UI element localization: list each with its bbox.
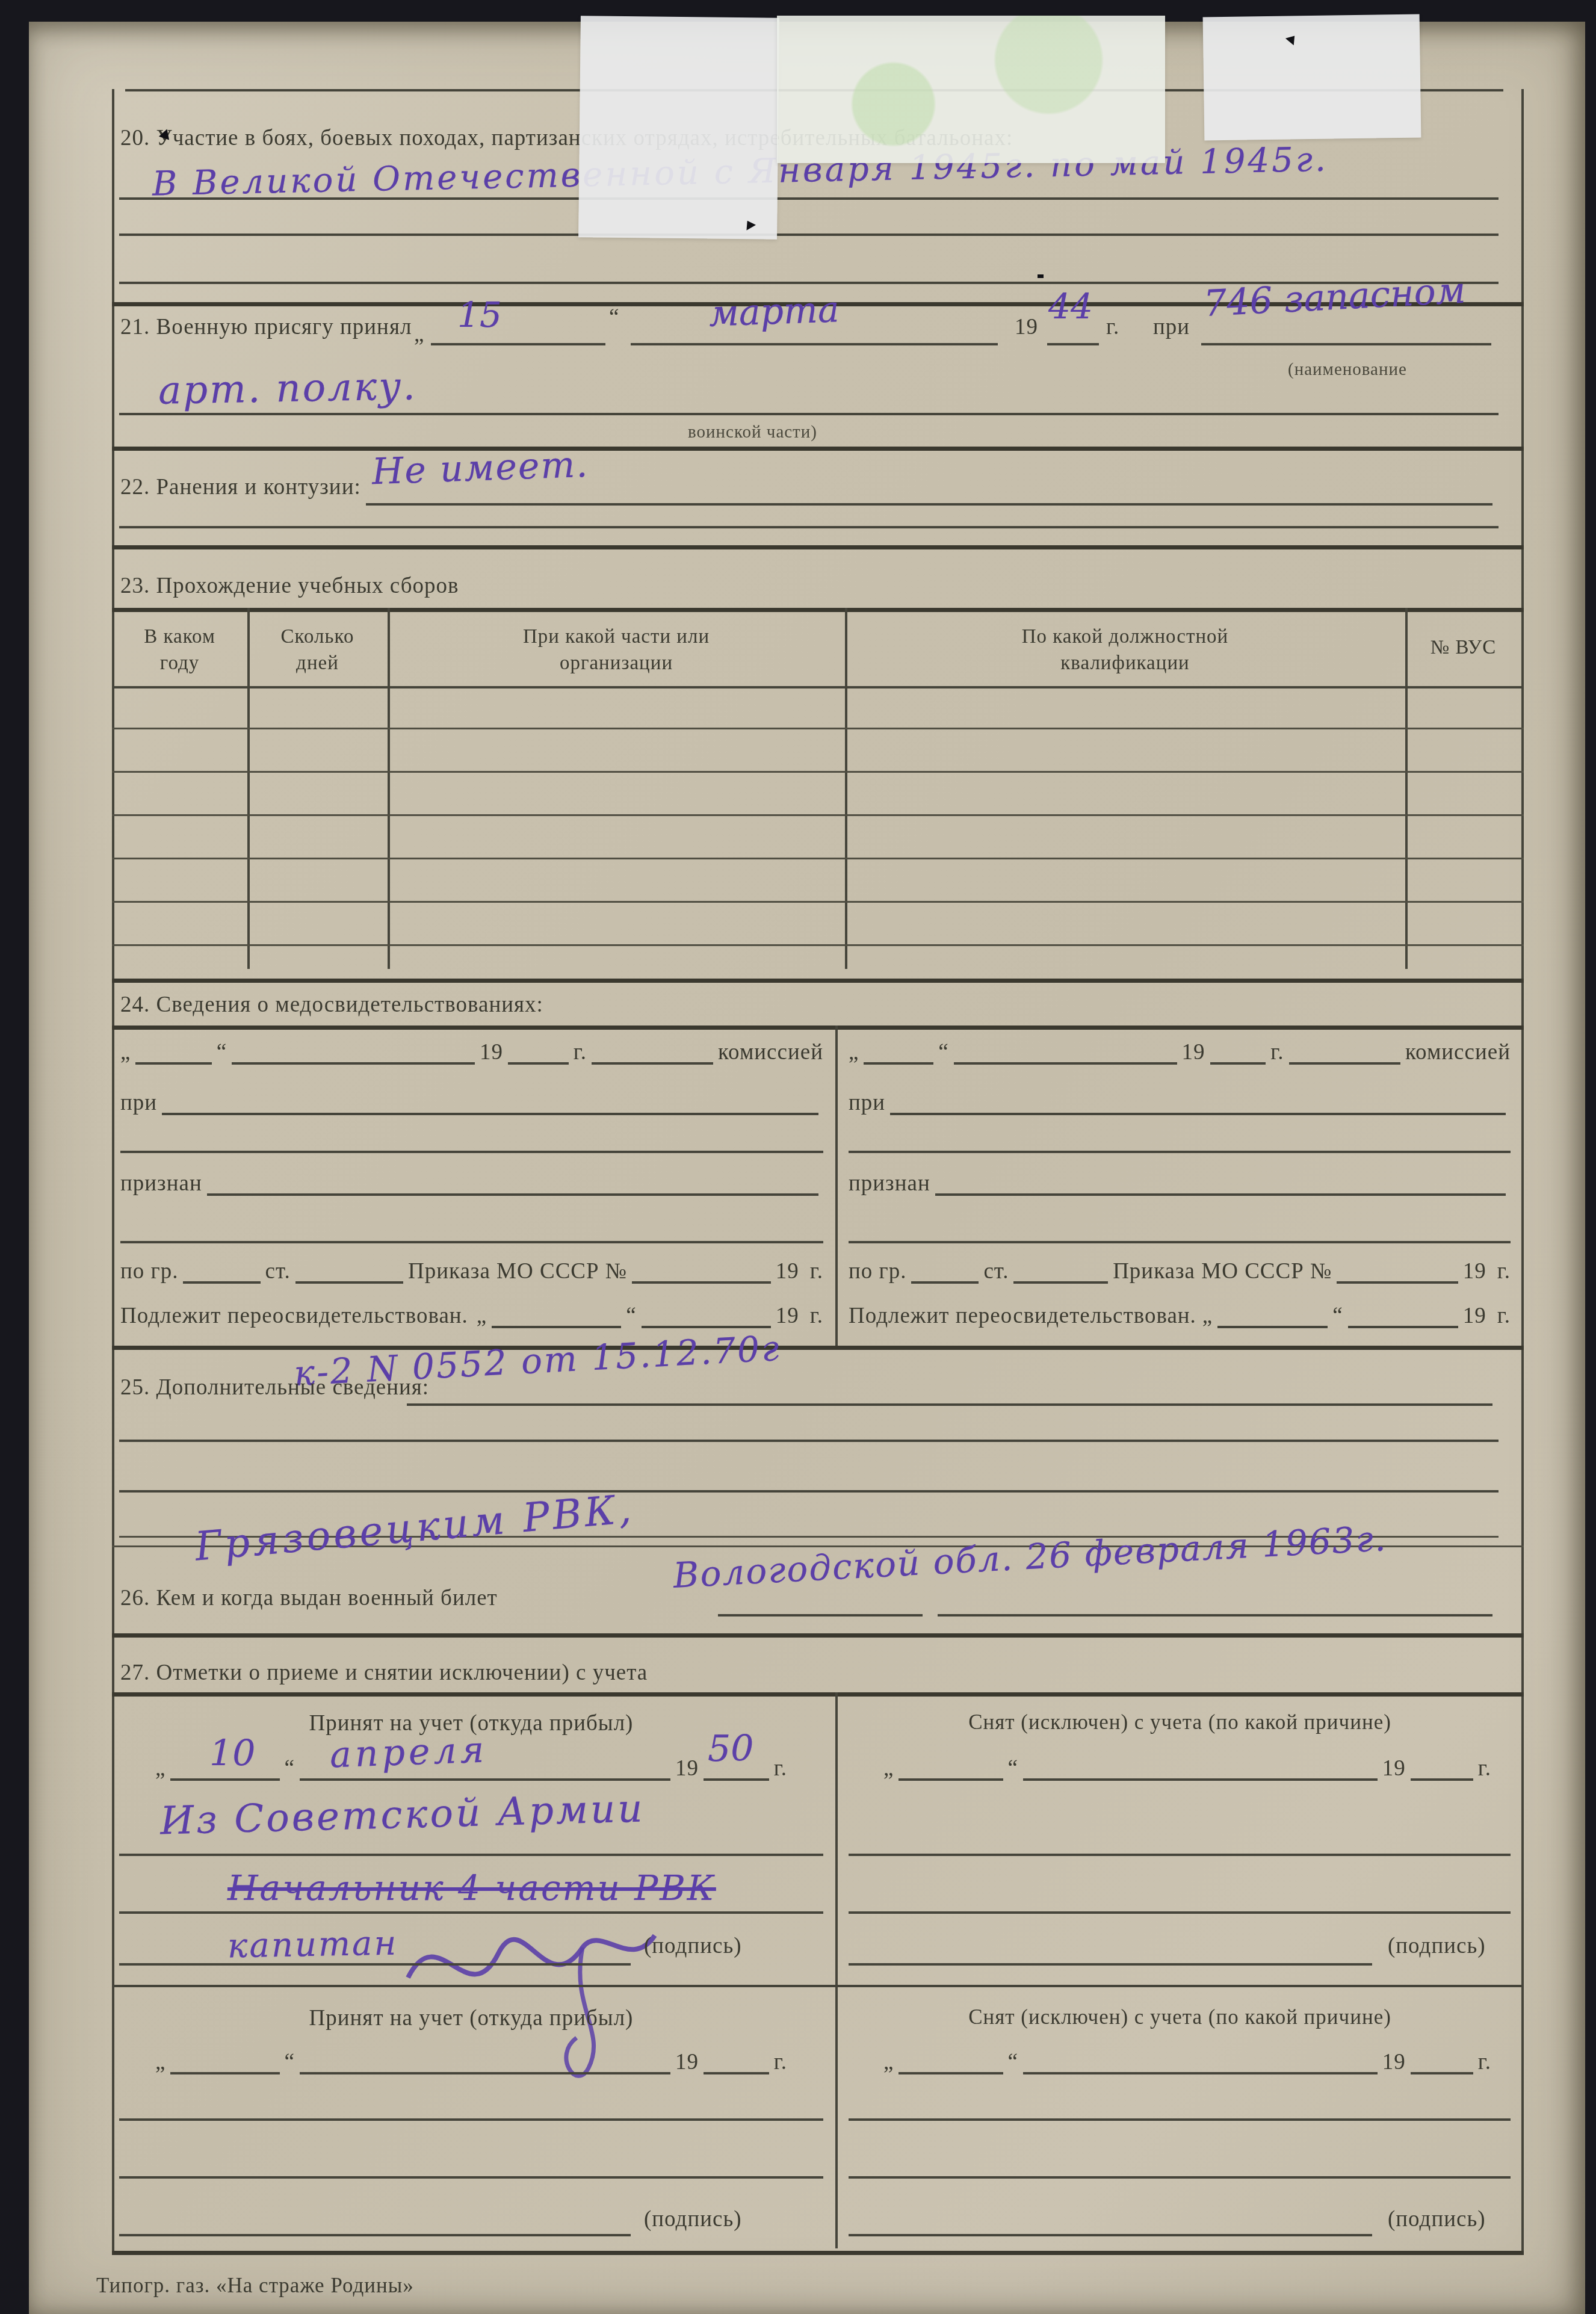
blank-line bbox=[849, 2176, 1511, 2179]
col-header-unit-line1: При какой части или bbox=[388, 623, 845, 650]
quote-open: „ bbox=[414, 321, 424, 347]
blank-line bbox=[431, 343, 605, 345]
blank-line bbox=[300, 2067, 670, 2074]
accepted-day-handwritten: 10 bbox=[209, 1736, 255, 1772]
blank-line bbox=[849, 2234, 1372, 2236]
divider bbox=[112, 1633, 1524, 1638]
blank-line bbox=[849, 1241, 1511, 1243]
tape-strip bbox=[1203, 14, 1421, 140]
blank-line bbox=[135, 1057, 211, 1065]
col-header-vus: № ВУС bbox=[1405, 637, 1521, 659]
quote-open: „ bbox=[849, 1041, 859, 1065]
quote-close: “ bbox=[1332, 1305, 1343, 1328]
quote-close: “ bbox=[217, 1041, 227, 1065]
year-prefix: 19 bbox=[480, 1041, 503, 1065]
medical-right-order-row: по гр. ст. Приказа МО СССР № 19 г. bbox=[849, 1260, 1511, 1284]
blank-line bbox=[120, 1151, 823, 1153]
medical-right-at-row: при bbox=[849, 1092, 1511, 1115]
oath-unit-cont-handwritten: арт. полку. bbox=[158, 367, 417, 410]
quote-open: „ bbox=[120, 1041, 131, 1065]
year-prefix: 19 bbox=[1015, 314, 1038, 340]
year-suffix: г. bbox=[574, 1041, 587, 1065]
blank-line bbox=[207, 1189, 818, 1196]
quote-close: “ bbox=[938, 1041, 948, 1065]
divider bbox=[119, 526, 1499, 528]
blank-line bbox=[718, 1614, 923, 1616]
blank-line bbox=[508, 1057, 569, 1065]
po-gr-label: по гр. bbox=[120, 1260, 178, 1284]
registration-row-divider bbox=[112, 1985, 1524, 1987]
oath-unit-handwritten: 746 запасном bbox=[1203, 273, 1467, 323]
col-header-year: В каком году bbox=[112, 623, 247, 676]
blank-line bbox=[1337, 1276, 1458, 1284]
resurvey-label: Подлежит переосвидетельствован. bbox=[120, 1305, 468, 1328]
table-column-line bbox=[388, 608, 390, 969]
oath-year-handwritten: 44 bbox=[1048, 289, 1093, 324]
blank-line bbox=[120, 1241, 823, 1243]
resurvey-label: Подлежит переосвидетельствован. bbox=[849, 1305, 1196, 1328]
blank-line bbox=[119, 1440, 1499, 1442]
order-label: Приказа МО СССР № bbox=[408, 1260, 627, 1284]
signature-label: (подпись) bbox=[644, 1933, 742, 1959]
po-gr-label: по гр. bbox=[849, 1260, 906, 1284]
year-prefix: 19 bbox=[675, 2051, 699, 2074]
quote-open: „ bbox=[1202, 1305, 1213, 1328]
table-row-line bbox=[112, 771, 1524, 773]
year-prefix: 19 bbox=[1463, 1260, 1486, 1284]
blank-line bbox=[1348, 1321, 1458, 1328]
note-naimenovanie: (наименование bbox=[1288, 360, 1407, 380]
medical-right-recognized-row: признан bbox=[849, 1172, 1511, 1196]
scanned-military-document-page: { "doc": { "footer": "Типогр. газ. «На с… bbox=[0, 0, 1596, 2314]
blank-line bbox=[1411, 1774, 1473, 1781]
year-suffix: г. bbox=[1478, 1757, 1491, 1781]
col-header-qualification-line1: По какой должностной bbox=[845, 623, 1405, 650]
section-22-label: 22. Ранения и контузии: bbox=[120, 474, 361, 500]
removed-header: Снят (исключен) с учета (по какой причин… bbox=[844, 1710, 1515, 1734]
wounds-handwritten-value: Не имеет. bbox=[371, 447, 589, 490]
quote-open: „ bbox=[883, 1757, 894, 1781]
blank-line bbox=[704, 2067, 769, 2074]
quote-close: “ bbox=[609, 305, 619, 330]
table-row-line bbox=[112, 858, 1524, 859]
year-suffix: г. bbox=[1497, 1305, 1511, 1328]
divider bbox=[112, 447, 1524, 451]
blank-line bbox=[232, 1057, 475, 1065]
blank-line bbox=[849, 1151, 1511, 1153]
at-label: при bbox=[849, 1092, 885, 1115]
blank-line bbox=[704, 1774, 769, 1781]
registration-table-top-border bbox=[112, 1692, 1524, 1697]
quote-close: “ bbox=[285, 2051, 295, 2074]
signature-label: (подпись) bbox=[1388, 1933, 1486, 1959]
medical-left-resurvey-row: Подлежит переосвидетельствован. „ “ 19 г… bbox=[120, 1305, 823, 1328]
blank-line bbox=[183, 1276, 260, 1284]
year-prefix: 19 bbox=[1182, 1041, 1205, 1065]
year-suffix: г. bbox=[1270, 1041, 1284, 1065]
blank-line bbox=[849, 1854, 1511, 1856]
table-column-line bbox=[247, 608, 250, 969]
blank-line bbox=[890, 1108, 1506, 1115]
medical-left-commission-row: „ “ 19 г. комиссией bbox=[120, 1041, 823, 1065]
commission-label: комиссией bbox=[1405, 1041, 1511, 1065]
accepted-from-handwritten: Из Советской Армии bbox=[159, 1789, 645, 1840]
blank-line bbox=[899, 1774, 1003, 1781]
col-header-qualification: По какой должностной квалификации bbox=[845, 623, 1405, 676]
accepted-rank-handwritten: капитан bbox=[227, 1927, 398, 1964]
divider bbox=[112, 1346, 1524, 1350]
blank-line bbox=[849, 1911, 1511, 1914]
blank-line bbox=[1013, 1276, 1108, 1284]
section-24-title: 24. Сведения о медосвидетельствованиях: bbox=[120, 992, 543, 1018]
medical-left-at-row: при bbox=[120, 1092, 823, 1115]
medical-right-resurvey-row: Подлежит переосвидетельствован. „ “ 19 г… bbox=[849, 1305, 1511, 1328]
blank-line bbox=[592, 1057, 713, 1065]
blank-line bbox=[1210, 1057, 1266, 1065]
blank-line bbox=[849, 1963, 1372, 1966]
quote-open: „ bbox=[155, 1757, 165, 1781]
blank-line bbox=[407, 1403, 1492, 1406]
at-label: при bbox=[1153, 314, 1190, 340]
blank-line bbox=[954, 1057, 1177, 1065]
signature-label: (подпись) bbox=[1388, 2206, 1486, 2232]
blank-line bbox=[631, 343, 998, 345]
quote-close: “ bbox=[285, 1757, 295, 1781]
frame-left-border bbox=[112, 89, 114, 2251]
blank-line bbox=[1289, 1057, 1400, 1065]
blank-line bbox=[1217, 1321, 1328, 1328]
blank-line bbox=[1047, 343, 1099, 345]
registration-table-bottom-border bbox=[112, 2251, 1524, 2255]
year-suffix: г. bbox=[1478, 2051, 1491, 2074]
st-label: ст. bbox=[983, 1260, 1009, 1284]
year-prefix: 19 bbox=[675, 1757, 699, 1781]
blank-line bbox=[170, 2067, 279, 2074]
table-row-line bbox=[112, 944, 1524, 946]
issued-by-handwritten-line2: Вологодской обл. 26 февраля 1963г. bbox=[672, 1521, 1387, 1593]
medical-column-divider bbox=[835, 1026, 838, 1346]
year-suffix: г. bbox=[810, 1260, 823, 1284]
year-suffix: г. bbox=[774, 2051, 787, 2074]
commission-label: комиссией bbox=[718, 1041, 823, 1065]
year-suffix: г. bbox=[810, 1305, 823, 1328]
note-voinskoy-chasti: воинской части) bbox=[688, 422, 817, 442]
table-header-border bbox=[112, 686, 1524, 688]
year-prefix: 19 bbox=[1382, 2051, 1406, 2074]
section-26-label: 26. Кем и когда выдан военный билет bbox=[120, 1585, 498, 1611]
blank-line bbox=[119, 1963, 631, 1966]
year-suffix: г. bbox=[1497, 1260, 1511, 1284]
blank-line bbox=[366, 503, 1492, 506]
blank-line bbox=[849, 2118, 1511, 2121]
recognized-label: признан bbox=[120, 1172, 202, 1196]
blank-line bbox=[162, 1108, 818, 1115]
accepted-date-row-empty: „ “ 19 г. bbox=[155, 2051, 787, 2074]
divider bbox=[112, 545, 1524, 549]
quote-open: „ bbox=[883, 2051, 894, 2074]
table-column-line bbox=[1405, 608, 1408, 969]
blank-line bbox=[864, 1057, 933, 1065]
medical-left-recognized-row: признан bbox=[120, 1172, 823, 1196]
col-header-year-line1: В каком bbox=[112, 623, 247, 650]
blank-line bbox=[911, 1276, 979, 1284]
table-row-line bbox=[112, 901, 1524, 903]
divider bbox=[119, 234, 1499, 236]
accepted-year-handwritten: 50 bbox=[708, 1731, 753, 1767]
section-25-label: 25. Дополнительные сведения: bbox=[120, 1375, 429, 1400]
table-column-line bbox=[845, 608, 847, 969]
section-21-label: 21. Военную присягу принял bbox=[120, 314, 412, 340]
accepted-month-handwritten: апреля bbox=[329, 1731, 488, 1773]
frame-right-border bbox=[1521, 89, 1524, 2251]
removed-date-row-empty: „ “ 19 г. bbox=[883, 2051, 1491, 2074]
ink-speck bbox=[1038, 274, 1044, 278]
blank-line bbox=[1411, 2067, 1473, 2074]
blank-line bbox=[119, 2118, 823, 2121]
blank-line bbox=[119, 1490, 1499, 1493]
col-header-unit: При какой части или организации bbox=[388, 623, 845, 676]
medical-right-commission-row: „ “ 19 г. комиссией bbox=[849, 1041, 1511, 1065]
blank-line bbox=[1023, 2067, 1378, 2074]
removed-date-row: „ “ 19 г. bbox=[883, 1757, 1491, 1781]
medical-left-order-row: по гр. ст. Приказа МО СССР № 19 г. bbox=[120, 1260, 823, 1284]
col-header-days-line2: дней bbox=[247, 650, 388, 676]
table-row-line bbox=[112, 728, 1524, 729]
col-header-days: Сколько дней bbox=[247, 623, 388, 676]
blank-line bbox=[938, 1614, 1492, 1616]
blank-line bbox=[119, 2234, 631, 2236]
removed-header: Снят (исключен) с учета (по какой причин… bbox=[844, 2005, 1515, 2029]
divider bbox=[112, 1026, 1524, 1030]
col-header-qualification-line2: квалификации bbox=[845, 650, 1405, 676]
blank-line bbox=[642, 1321, 771, 1328]
table-top-border bbox=[112, 608, 1524, 612]
tape-strip bbox=[578, 16, 779, 239]
order-label: Приказа МО СССР № bbox=[1113, 1260, 1332, 1284]
section-23-title: 23. Прохождение учебных сборов bbox=[120, 573, 459, 599]
table-row-line bbox=[112, 814, 1524, 816]
col-header-year-line2: году bbox=[112, 650, 247, 676]
st-label: ст. bbox=[265, 1260, 291, 1284]
document-paper: 20. Участие в боях, боевых походах, парт… bbox=[29, 22, 1585, 2314]
signature-label: (подпись) bbox=[644, 2206, 742, 2232]
oath-day-handwritten: 15 bbox=[457, 297, 502, 332]
blank-line bbox=[119, 1854, 823, 1856]
blank-line bbox=[1023, 1774, 1378, 1781]
divider bbox=[119, 197, 1499, 200]
divider bbox=[112, 979, 1524, 983]
quote-close: “ bbox=[1008, 1757, 1018, 1781]
issued-by-handwritten-line1: Грязовецким РВК, bbox=[194, 1489, 636, 1567]
quote-close: “ bbox=[626, 1305, 636, 1328]
section-27-title: 27. Отметки о приеме и снятии исключении… bbox=[120, 1660, 648, 1686]
quote-open: „ bbox=[477, 1305, 487, 1328]
quote-open: „ bbox=[155, 2051, 165, 2074]
blank-line bbox=[295, 1276, 403, 1284]
blank-line bbox=[1201, 343, 1491, 345]
quote-close: “ bbox=[1008, 2051, 1018, 2074]
year-prefix: 19 bbox=[1463, 1305, 1486, 1328]
col-header-days-line1: Сколько bbox=[247, 623, 388, 650]
year-suffix: г. bbox=[1106, 314, 1119, 340]
divider bbox=[119, 413, 1499, 415]
blank-line bbox=[119, 2176, 823, 2179]
year-prefix: 19 bbox=[776, 1260, 799, 1284]
at-label: при bbox=[120, 1092, 157, 1115]
accepted-header: Принят на учет (откуда прибыл) bbox=[119, 2005, 823, 2031]
tape-strip bbox=[777, 16, 1165, 163]
blank-line bbox=[632, 1276, 771, 1284]
recognized-label: признан bbox=[849, 1172, 930, 1196]
year-prefix: 19 bbox=[1382, 1757, 1406, 1781]
blank-line bbox=[899, 2067, 1003, 2074]
blank-line bbox=[935, 1189, 1506, 1196]
year-prefix: 19 bbox=[776, 1305, 799, 1328]
year-suffix: г. bbox=[774, 1757, 787, 1781]
oath-month-handwritten: марта bbox=[708, 291, 840, 332]
col-header-unit-line2: организации bbox=[388, 650, 845, 676]
blank-line bbox=[492, 1321, 621, 1328]
registration-column-divider bbox=[835, 1692, 838, 2248]
printing-house-footer: Типогр. газ. «На страже Родины» bbox=[96, 2274, 414, 2298]
